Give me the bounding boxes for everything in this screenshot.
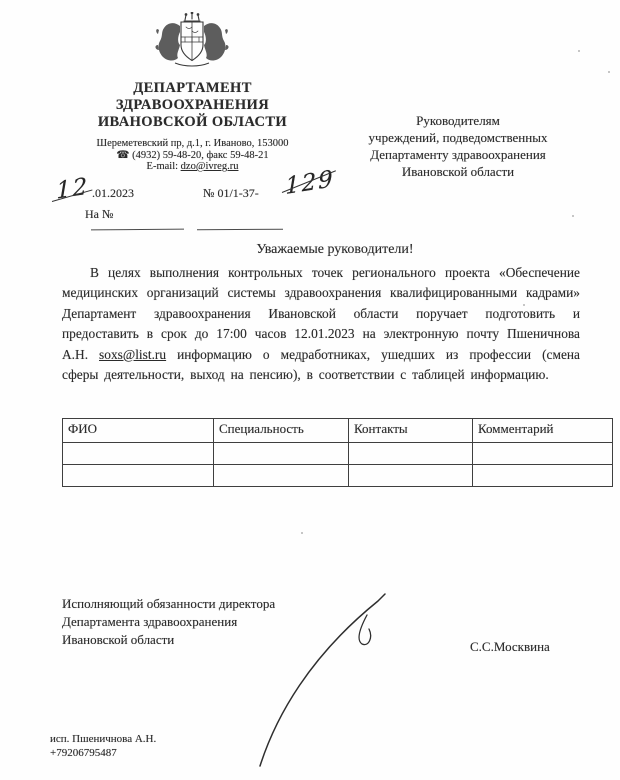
date-printed: .01.2023 [92,186,134,201]
reply-to-label: На № [85,207,113,222]
reply-date-blank [197,228,283,231]
report-table: ФИО Специальность Контакты Комментарий [62,418,613,487]
table-header-row: ФИО Специальность Контакты Комментарий [63,419,613,443]
recipient-line3: Департаменту здравоохранения [333,146,583,163]
org-phone-line: ☎ (4932) 59-48-20, факс 59-48-21 [60,150,325,162]
org-name: ДЕПАРТАМЕНТ ЗДРАВООХРАНЕНИЯ ИВАНОВСКОЙ О… [70,80,315,131]
table-cell [63,465,214,487]
org-email-line: E-mail: dzo@ivreg.ru [60,161,325,173]
recipient-line2: учреждений, подведомственных [333,129,583,146]
table-cell [214,443,349,465]
table-cell [63,443,214,465]
scanned-letter-page: ДЕПАРТАМЕНТ ЗДРАВООХРАНЕНИЯ ИВАНОВСКОЙ О… [0,0,620,780]
table-header-specialty: Специальность [214,419,349,443]
phone-icon: ☎ [116,150,129,161]
salutation: Уважаемые руководители! [62,242,580,258]
body-paragraph: В целях выполнения контрольных точек рег… [62,263,580,385]
recipient-block: Руководителям учреждений, подведомственн… [333,112,583,180]
table-header-contacts: Контакты [349,419,473,443]
body-email-address: soxs@list.ru [99,347,166,362]
scan-speckle [301,532,303,534]
table-row [63,465,613,487]
org-name-line2: ЗДРАВООХРАНЕНИЯ [70,97,315,114]
table-row [63,443,613,465]
table-cell [473,465,613,487]
org-address: Шереметевский пр, д.1, г. Иваново, 15300… [60,138,325,150]
table-header-fio: ФИО [63,419,214,443]
executor-block: исп. Пшеничнова А.Н. +79206795487 [50,733,156,760]
outgoing-number-label: № 01/1-37- [203,186,259,201]
org-phone: (4932) 59-48-20, факс 59-48-21 [132,150,268,161]
reply-number-blank [91,228,184,231]
org-name-line3: ИВАНОВСКОЙ ОБЛАСТИ [70,114,315,131]
table-cell [349,443,473,465]
org-name-line1: ДЕПАРТАМЕНТ [70,80,315,97]
org-email: dzo@ivreg.ru [181,161,239,172]
table-cell [473,443,613,465]
scan-speckle [578,50,580,52]
signer-name: С.С.Москвина [470,639,550,655]
table-cell [349,465,473,487]
handwritten-signature [248,588,393,773]
scan-speckle [523,304,525,306]
executor-phone: +79206795487 [50,747,156,761]
org-contact-block: Шереметевский пр, д.1, г. Иваново, 15300… [60,138,325,173]
table-cell [214,465,349,487]
org-email-label: E-mail: [147,161,181,172]
handwritten-date-day: 12 [56,173,89,204]
table-header-comment: Комментарий [473,419,613,443]
recipient-line4: Ивановской области [333,163,583,180]
recipient-line1: Руководителям [333,112,583,129]
scan-speckle [572,215,574,217]
executor-name: исп. Пшеничнова А.Н. [50,733,156,747]
scan-speckle [608,71,610,73]
coat-of-arms-icon [153,12,231,68]
